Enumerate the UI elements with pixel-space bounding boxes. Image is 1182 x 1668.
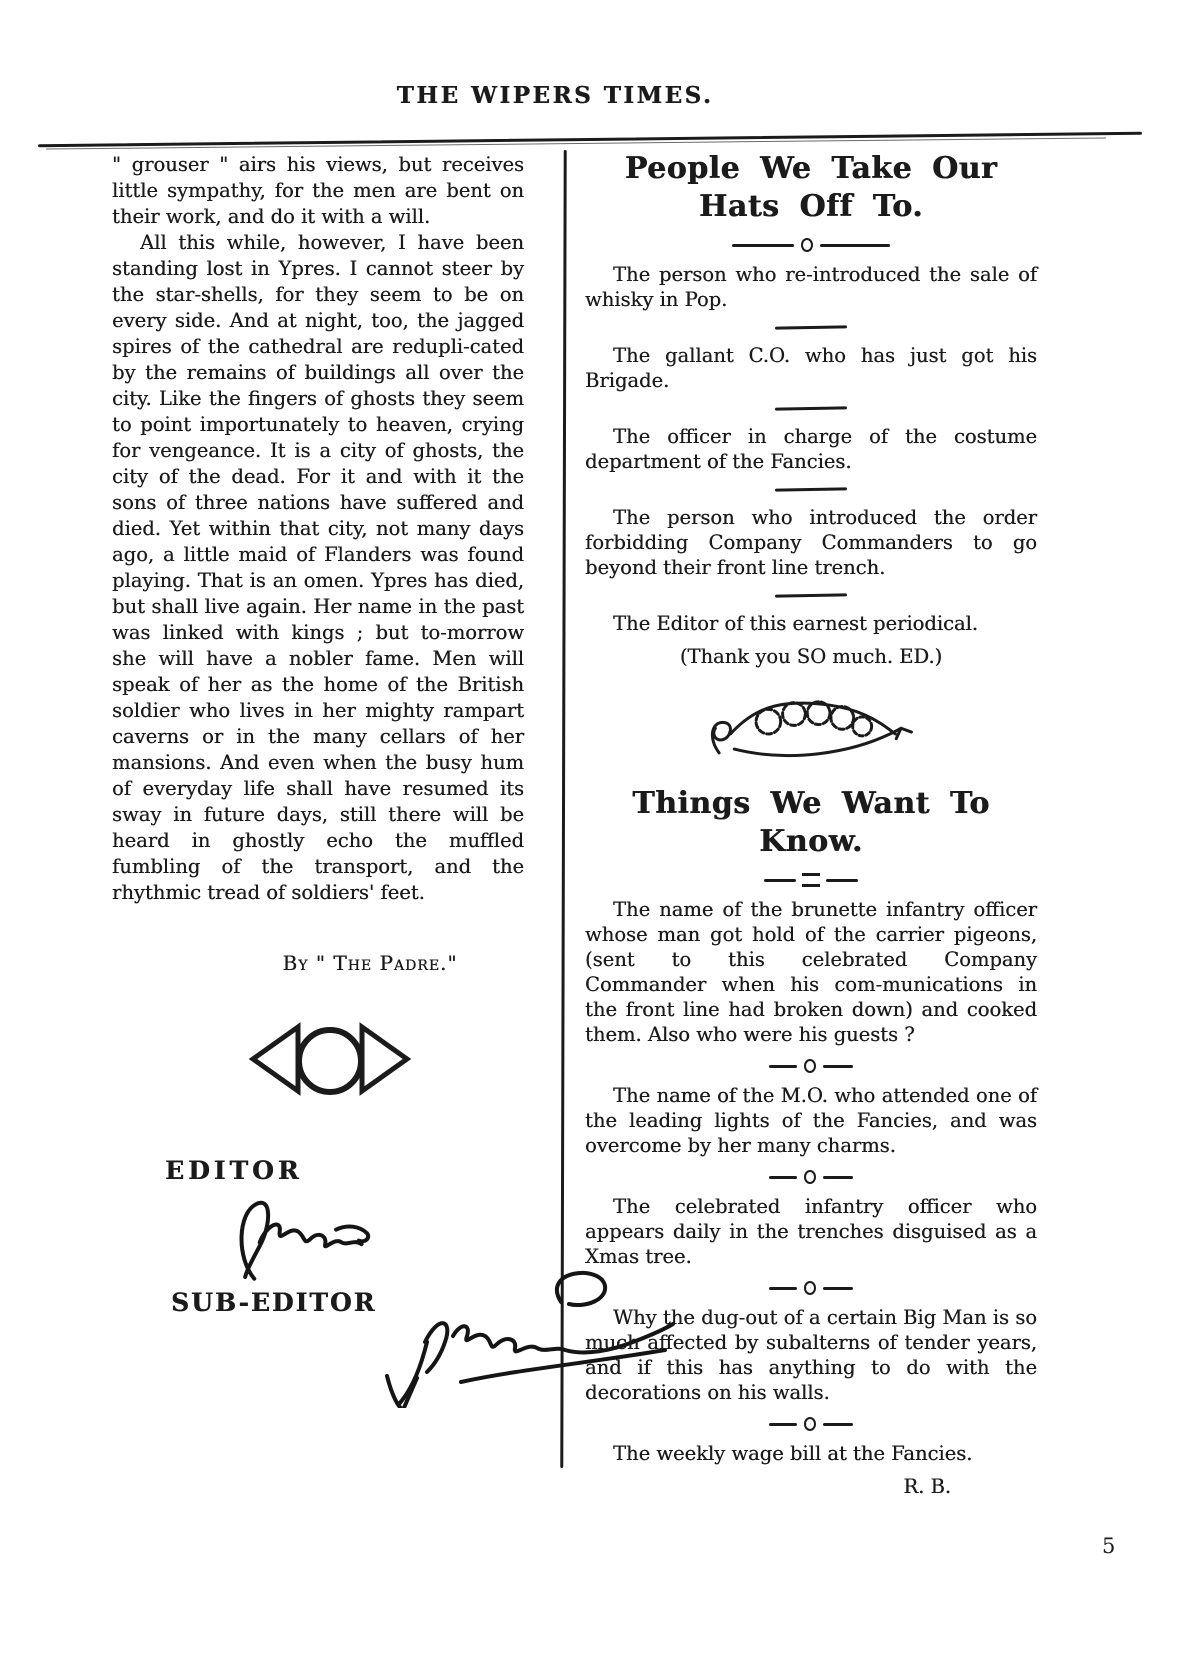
divider-o	[585, 1281, 1037, 1295]
list-item: The celebrated infantry officer who appe…	[585, 1194, 1037, 1269]
section-title-want-to-know: Things We Want To Know.	[585, 785, 1037, 861]
divider-o	[585, 1417, 1037, 1431]
divider-o	[585, 1059, 1037, 1073]
newspaper-page: THE WIPERS TIMES. " grouser " airs his v…	[0, 0, 1182, 1668]
list-item: Why the dug-out of a certain Big Man is …	[585, 1305, 1037, 1405]
divider-dash	[775, 593, 847, 597]
title-line: People We Take Our	[625, 151, 998, 186]
scroll-flourish-icon	[696, 679, 926, 769]
article-paragraph: All this while, however, I have been sta…	[112, 230, 524, 906]
divider-equals	[585, 873, 1037, 887]
list-item: The gallant C.O. who has just got his Br…	[585, 343, 1037, 393]
list-item: (Thank you SO much. ED.)	[585, 644, 1037, 669]
right-column: People We Take Our Hats Off To. The pers…	[585, 150, 1037, 1499]
divider-o	[585, 238, 1037, 252]
title-line: Things We Want To	[632, 786, 989, 821]
triangle-circle-ornament-icon	[238, 1016, 423, 1102]
sub-editor-label: SUB-EDITOR	[171, 1288, 376, 1317]
list-item: The officer in charge of the costume dep…	[585, 424, 1037, 474]
title-line: Know.	[759, 824, 863, 859]
list-item: The Editor of this earnest periodical.	[585, 611, 1037, 636]
section-signoff: R. B.	[585, 1474, 951, 1499]
divider-dash	[775, 406, 847, 410]
list-item: The person who introduced the order forb…	[585, 505, 1037, 580]
left-column: " grouser " airs his views, but receives…	[112, 152, 524, 1440]
editor-label: EDITOR	[165, 1158, 524, 1184]
list-item: The name of the M.O. who attended one of…	[585, 1083, 1037, 1158]
list-item: The name of the brunette infantry office…	[585, 897, 1037, 1047]
list-item: The weekly wage bill at the Fancies.	[585, 1441, 1037, 1466]
editor-signature	[212, 1186, 382, 1286]
page-number: 5	[1102, 1534, 1115, 1558]
divider-dash	[775, 487, 847, 491]
section-title-hats-off: People We Take Our Hats Off To.	[585, 150, 1037, 226]
article-paragraph: " grouser " airs his views, but receives…	[112, 152, 524, 230]
page-title: THE WIPERS TIMES.	[0, 82, 1146, 109]
divider-dash	[775, 325, 847, 329]
sub-editor-block: SUB-EDITOR	[171, 1290, 524, 1440]
title-line: Hats Off To.	[699, 189, 923, 224]
divider-o	[585, 1170, 1037, 1184]
article-byline: By " The Padre."	[164, 950, 576, 976]
list-item: The person who re-introduced the sale of…	[585, 262, 1037, 312]
